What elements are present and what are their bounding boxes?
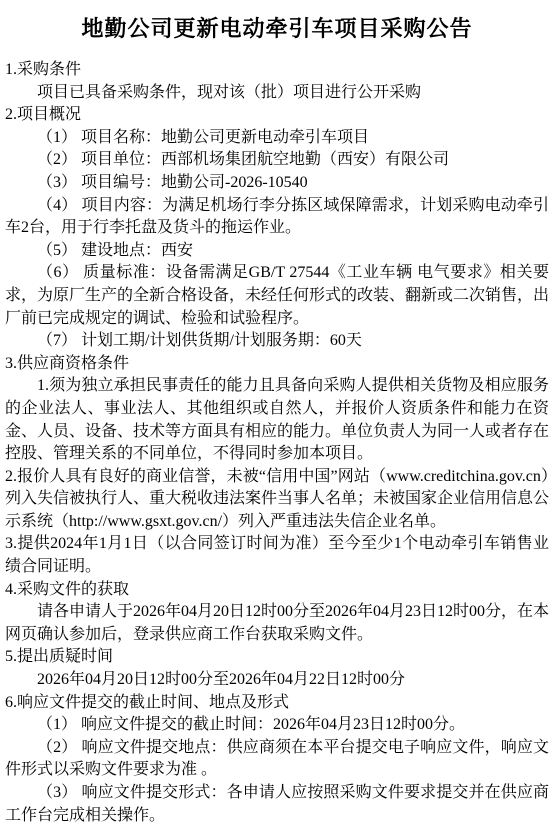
paragraph: （6） 质量标准：设备需满足GB/T 27544《工业车辆 电气要求》相关要求，… [5, 262, 549, 330]
paragraph: （3） 响应文件提交形式：各申请人应按照采购文件要求提交并在供应商工作台完成相关… [5, 782, 549, 827]
paragraph: （1） 项目名称：地勤公司更新电动牵引车项目 [5, 127, 549, 150]
section-heading: 4.采购文件的获取 [5, 579, 549, 602]
section-heading: 5.提出质疑时间 [5, 646, 549, 669]
paragraph: （4） 项目内容：为满足机场行李分拣区域保障需求，计划采购电动牵引车2台，用于行… [5, 195, 549, 240]
paragraph: （2） 响应文件提交地点：供应商须在本平台提交电子响应文件，响应文件形式以采购文… [5, 737, 549, 782]
paragraph: （7） 计划工期/计划供货期/计划服务期：60天 [5, 330, 549, 353]
section-heading: 6.响应文件提交的截止时间、地点及形式 [5, 692, 549, 715]
paragraph: 项目已具备采购条件，现对该（批）项目进行公开采购 [5, 82, 549, 105]
section-heading: 3.供应商资格条件 [5, 353, 549, 376]
section-heading: 3.提供2024年1月1日（以合同签订时间为准）至今至少1个电动牵引车销售业绩合… [5, 533, 549, 578]
paragraph: （1） 响应文件提交的截止时间：2026年04月23日12时00分。 [5, 714, 549, 737]
paragraph: （5） 建设地点：西安 [5, 240, 549, 263]
section-heading: 1.采购条件 [5, 59, 549, 82]
document-body: 1.采购条件项目已具备采购条件，现对该（批）项目进行公开采购2.项目概况（1） … [5, 59, 549, 827]
paragraph: （3） 项目编号：地勤公司-2026-10540 [5, 172, 549, 195]
document-page: 地勤公司更新电动牵引车项目采购公告 1.采购条件项目已具备采购条件，现对该（批）… [0, 0, 555, 831]
section-heading: 2.报价人具有良好的商业信誉，未被“信用中国”网站（www.creditchin… [5, 466, 549, 534]
document-title: 地勤公司更新电动牵引车项目采购公告 [5, 12, 549, 43]
paragraph: 1.须为独立承担民事责任的能力且具备向采购人提供相关货物及相应服务的企业法人、事… [5, 375, 549, 465]
paragraph: 2026年04月20日12时00分至2026年04月22日12时00分 [5, 669, 549, 692]
paragraph: （2） 项目单位：西部机场集团航空地勤（西安）有限公司 [5, 149, 549, 172]
section-heading: 2.项目概况 [5, 104, 549, 127]
paragraph: 请各申请人于2026年04月20日12时00分至2026年04月23日12时00… [5, 601, 549, 646]
